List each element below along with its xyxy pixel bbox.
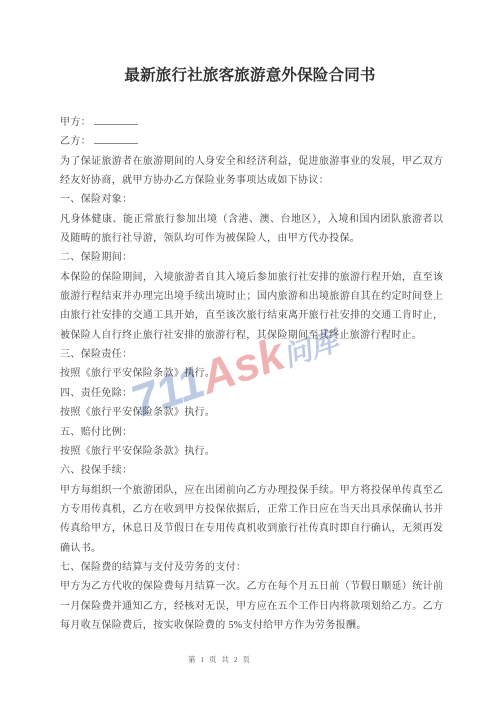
text-line: 甲方为乙方代收的保险费每月结算一次。乙方在每个月五日前（节假日顺延）统计前 xyxy=(60,577,443,596)
text-line: 为了保证旅游者在旅游期间的人身安全和经济利益，促进旅游事业的发展，甲乙双方 xyxy=(60,152,443,171)
document-body: 甲方：乙方：为了保证旅游者在旅游期间的人身安全和经济利益，促进旅游事业的发展，甲… xyxy=(60,113,443,635)
text-line: 每月收互保险费后，按实收保险费的 5%支付给甲方作为劳务报酬。 xyxy=(60,616,443,635)
text-line: 四、责任免除： xyxy=(60,384,443,403)
document-page: 711Ask问库 最新旅行社旅客旅游意外保险合同书 甲方：乙方：为了保证旅游者在… xyxy=(0,0,500,706)
blank-underline xyxy=(94,134,138,144)
text-line: 由旅行社安排的交通工具开始，直至该次旅行结束离开旅行社安排的交通工肯时止， xyxy=(60,306,443,325)
field-label: 甲方： xyxy=(60,117,91,128)
text-line: 方专用传真机，乙方在收到甲方投保依据后，正常工作日应在当天出具承保确认书并 xyxy=(60,500,443,519)
text-line: 五、赔付比例： xyxy=(60,423,443,442)
text-line: 三、保险责任： xyxy=(60,345,443,364)
text-line: 确认书。 xyxy=(60,539,443,558)
text-line: 按照《旅行平安保险条款》执行。 xyxy=(60,403,443,422)
text-line: 六、投保手续： xyxy=(60,461,443,480)
text-line: 旅游行程结束并办理完出境手续出境时止；国内旅游和出境旅游自其在约定时间登上 xyxy=(60,287,443,306)
text-line: 甲方每组织一个旅游团队，应在出团前向乙方办理投保手续。甲方将投保单传真至乙 xyxy=(60,481,443,500)
blank-underline xyxy=(94,115,138,125)
text-line: 经友好协商，就甲方协办乙方保险业务事项达成如下协议： xyxy=(60,171,443,190)
text-line: 凡身体健康、能正常旅行参加出境（含港、澳、台地区），入境和国内团队旅游者以 xyxy=(60,210,443,229)
field-line: 乙方： xyxy=(60,132,443,151)
text-line: 按照《旅行平安保险条款》执行。 xyxy=(60,364,443,383)
text-line: 二、保险期间： xyxy=(60,248,443,267)
text-line: 七、保险费的结算与支付及劳务的支付： xyxy=(60,558,443,577)
document-title: 最新旅行社旅客旅游意外保险合同书 xyxy=(0,63,500,85)
text-line: 被保险人自行终止旅行社安排的旅游行程，其保险期间至其终止旅游行程时止。 xyxy=(60,326,443,345)
field-label: 乙方： xyxy=(60,136,91,147)
page-footer: 第 1 页 共 2 页 xyxy=(188,654,251,665)
text-line: 传真给甲方，休息日及节假日在专用传真机收到旅行社传真时即自行确认，无须再发 xyxy=(60,519,443,538)
text-line: 一、保险对象： xyxy=(60,190,443,209)
text-line: 一月保险费并通知乙方，经核对无误，甲方应在五个工作日内将款项划给乙方。乙方 xyxy=(60,597,443,616)
text-line: 按照《旅行平安保险条款》执行。 xyxy=(60,442,443,461)
field-line: 甲方： xyxy=(60,113,443,132)
text-line: 及随畴的旅行社导游，领队均可作为被保险人，由甲方代办投保。 xyxy=(60,229,443,248)
text-line: 本保险的保险期间，入境旅游者自其入境后参加旅行社安排的旅游行程开始，直至该 xyxy=(60,268,443,287)
